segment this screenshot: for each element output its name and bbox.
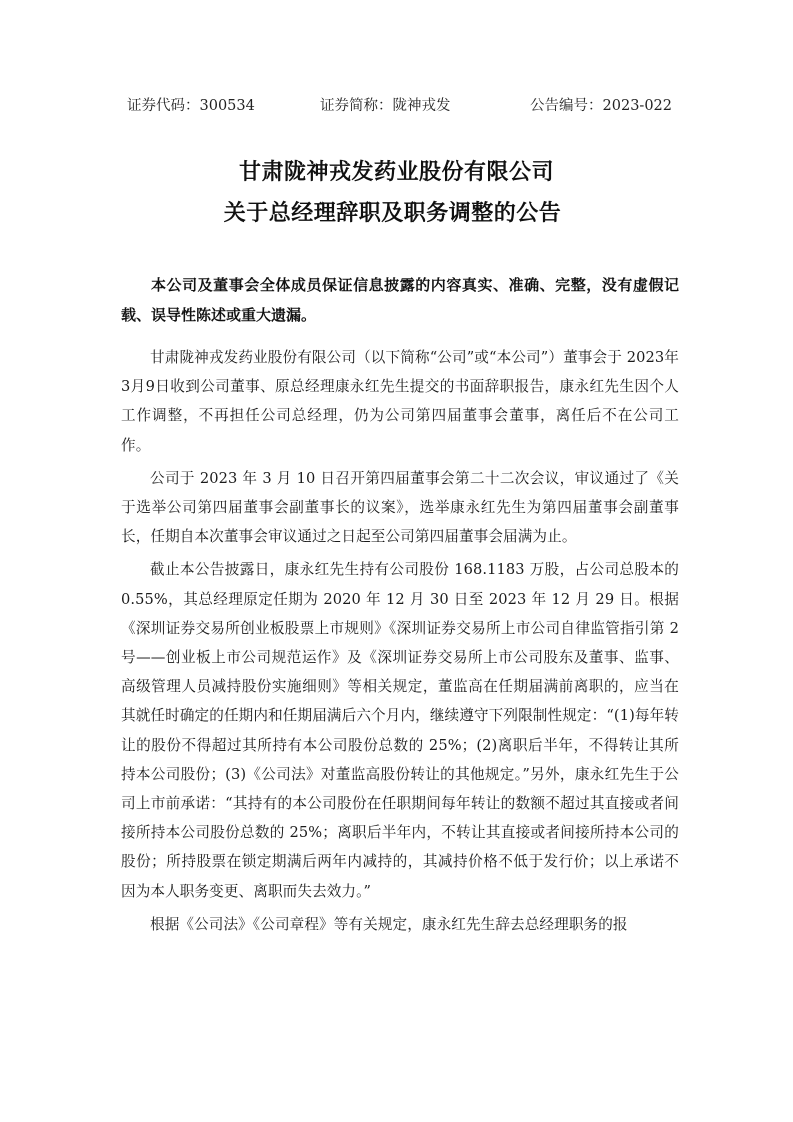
paragraph-resignation: 甘肃陇神戎发药业股份有限公司（以下简称“公司”或“本公司”）董事会于 2023年…: [121, 343, 679, 460]
stock-code: 证券代码：300534: [127, 94, 255, 115]
paragraph-vice-chairman: 公司于 2023 年 3 月 10 日召开第四届董事会第二十二次会议，审议通过了…: [121, 464, 679, 552]
company-title: 甘肃陇神戎发药业股份有限公司: [0, 155, 793, 186]
document-header: 证券代码：300534 证券简称：陇神戎发 公告编号：2023-022: [127, 94, 672, 118]
announcement-number: 公告编号：2023-022: [530, 94, 672, 115]
announcement-title: 关于总经理辞职及职务调整的公告: [0, 196, 789, 227]
stock-short-name: 证券简称：陇神戎发: [320, 94, 451, 115]
paragraph-shareholding: 截止本公告披露日，康永红先生持有公司股份 168.1183 万股，占公司总股本的…: [121, 555, 679, 905]
board-statement: 本公司及董事会全体成员保证信息披露的内容真实、准确、完整，没有虚假记载、误导性陈…: [121, 270, 679, 330]
paragraph-legal-basis: 根据《公司法》《公司章程》等有关规定，康永红先生辞去总经理职务的报: [121, 910, 679, 939]
announcement-body: 甘肃陇神戎发药业股份有限公司（以下简称“公司”或“本公司”）董事会于 2023年…: [121, 343, 679, 943]
